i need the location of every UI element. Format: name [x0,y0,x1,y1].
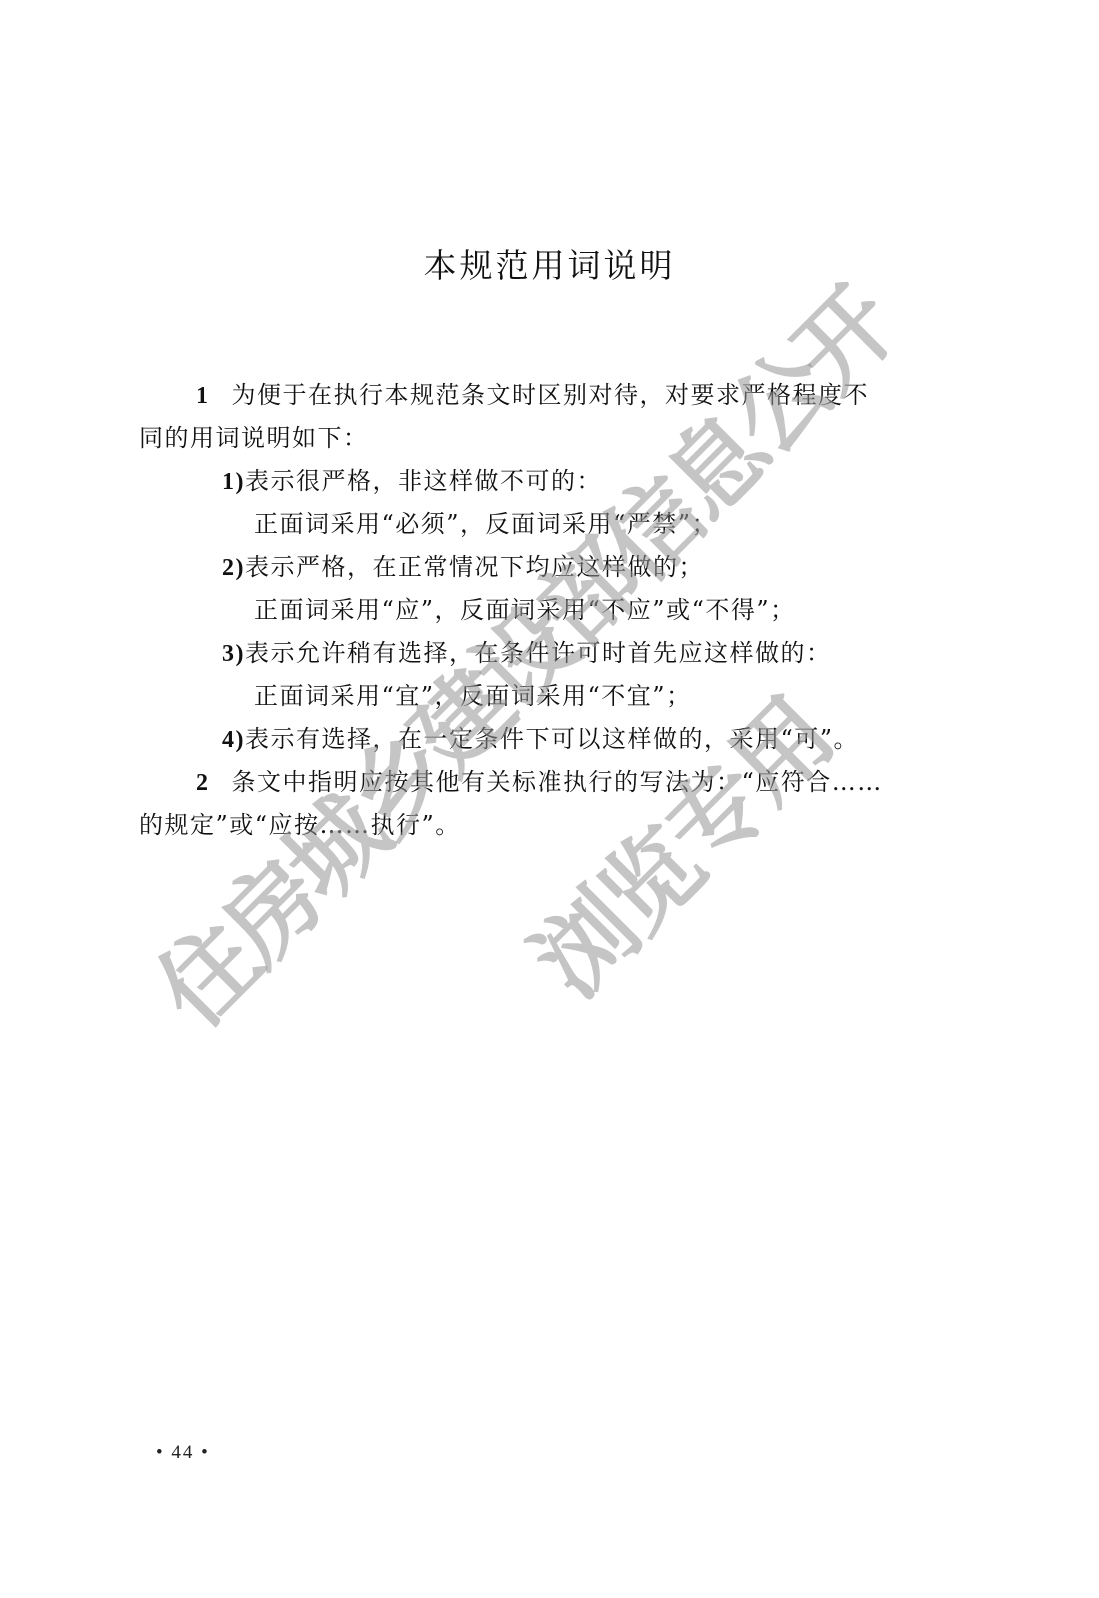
document-page: 本规范用词说明 1为便于在执行本规范条文时区别对待，对要求严格程度不 同的用词说… [0,0,1099,1598]
clause-2-line-1: 2条文中指明应按其他有关标准执行的写法为：“应符合…… [196,766,883,799]
page-number: • 44 • [156,1442,210,1464]
clause-2-number: 2 [196,767,210,799]
list-item-1-number: 1) [222,469,245,495]
list-item-3-number: 3) [222,641,245,667]
watermark-line-2: 浏览专用 [500,665,857,1022]
list-item-3-description: 表示允许稍有选择，在条件许可时首先应这样做的： [245,639,832,667]
list-item-2: 2)表示严格，在正常情况下均应这样做的； [222,551,704,584]
list-item-2-description: 表示严格，在正常情况下均应这样做的； [245,553,704,581]
list-item-3: 3)表示允许稍有选择，在条件许可时首先应这样做的： [222,637,832,670]
list-item-2-detail: 正面词采用“应”，反面词采用“不应”或“不得”； [254,594,796,626]
clause-2-text-line-1: 条文中指明应按其他有关标准执行的写法为：“应符合…… [232,768,883,796]
clause-1-line-1: 1为便于在执行本规范条文时区别对待，对要求严格程度不 [196,379,938,412]
list-item-1-detail: 正面词采用“必须”，反面词采用“严禁”； [254,508,717,540]
list-item-4: 4)表示有选择，在一定条件下可以这样做的，采用“可”。 [222,723,859,756]
list-item-2-number: 2) [222,555,245,581]
list-item-4-description: 表示有选择，在一定条件下可以这样做的，采用“可”。 [245,725,859,753]
list-item-1-description: 表示很严格，非这样做不可的： [245,467,602,495]
clause-1-text-line-1: 为便于在执行本规范条文时区别对待，对要求严格程度不 [232,381,870,409]
list-item-4-number: 4) [222,727,245,753]
list-item-3-detail: 正面词采用“宜”，反面词采用“不宜”； [254,680,692,712]
list-item-1: 1)表示很严格，非这样做不可的： [222,465,602,498]
page-title: 本规范用词说明 [0,240,1099,287]
clause-2-line-2: 的规定”或“应按……执行”。 [139,809,461,841]
clause-1-number: 1 [196,380,210,412]
clause-1-line-2: 同的用词说明如下： [139,422,369,454]
